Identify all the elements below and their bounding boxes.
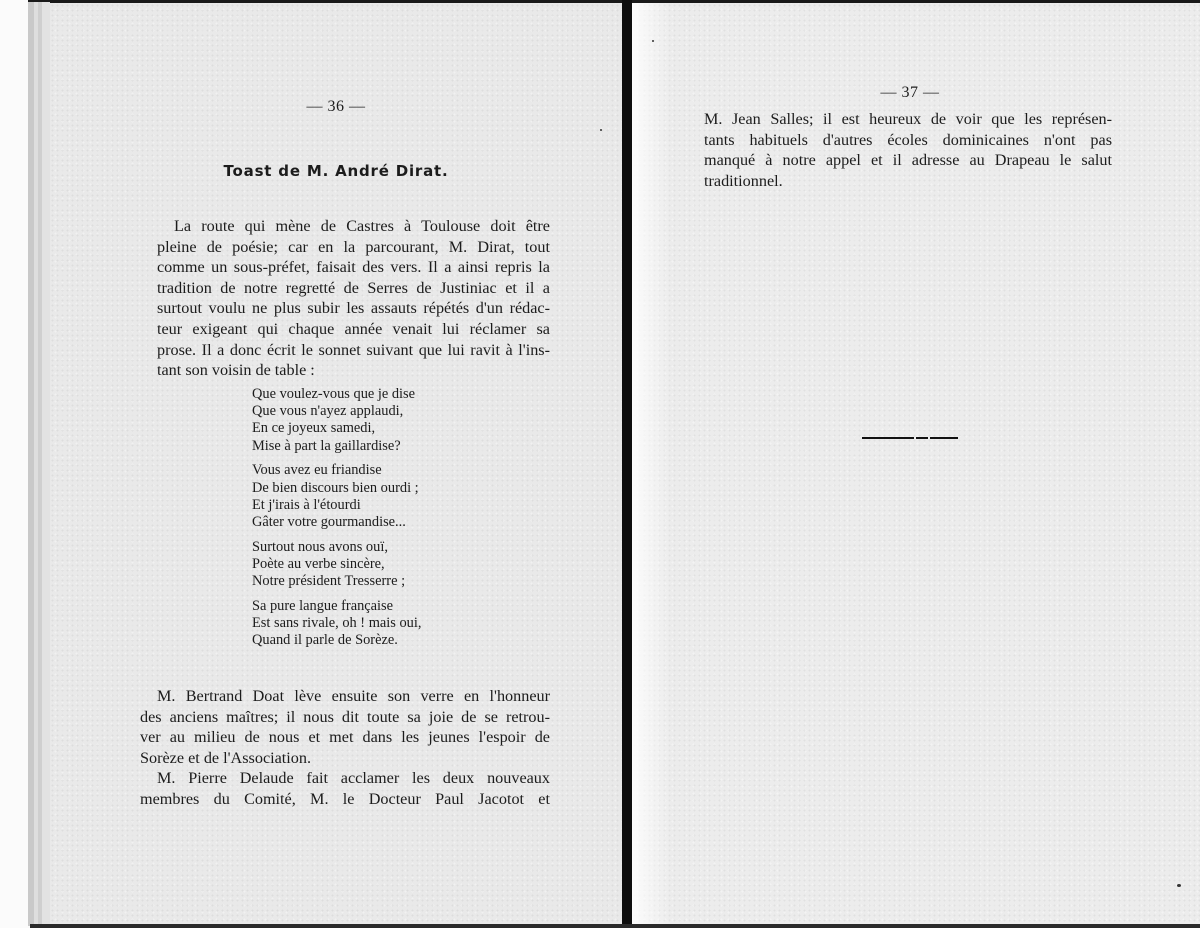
stanza: Sa pure langue française Est sans rivale… bbox=[252, 598, 421, 650]
book-gutter bbox=[622, 0, 632, 928]
scan-speck bbox=[1177, 884, 1181, 887]
section-end-rule bbox=[862, 437, 958, 439]
verse: Vous avez eu friandise bbox=[252, 462, 421, 479]
verse: Surtout nous avons ouï, bbox=[252, 539, 421, 556]
text-line: pleine de poésie; car en la parcourant, … bbox=[157, 237, 550, 258]
scan-margin bbox=[0, 0, 28, 928]
text-line: comme un sous-préfet, faisait des vers. … bbox=[157, 257, 550, 278]
verse: Que voulez-vous que je dise bbox=[252, 386, 421, 403]
text-line: La route qui mène de Castres à Toulouse … bbox=[157, 216, 550, 237]
verse: Que vous n'ayez applaudi, bbox=[252, 403, 421, 420]
text-line: prose. Il a donc écrit le sonnet suivant… bbox=[157, 340, 550, 361]
text-line: surtout voulu ne plus subir les assauts … bbox=[157, 298, 550, 319]
verse: Mise à part la gaillardise? bbox=[252, 438, 421, 455]
scan-speck bbox=[652, 40, 654, 42]
text-line: tants habituels d'autres écoles dominica… bbox=[704, 130, 1112, 151]
closing-paragraphs: M. Bertrand Doat lève ensuite son verre … bbox=[140, 686, 550, 810]
verse: Sa pure langue française bbox=[252, 598, 421, 615]
stanza: Surtout nous avons ouï, Poète au verbe s… bbox=[252, 539, 421, 591]
text-line: M. Bertrand Doat lève ensuite son verre … bbox=[140, 686, 550, 707]
verse: Poète au verbe sincère, bbox=[252, 556, 421, 573]
page-edge bbox=[42, 2, 50, 926]
verse: Est sans rivale, oh ! mais oui, bbox=[252, 615, 421, 632]
verse: Gâter votre gourmandise... bbox=[252, 514, 421, 531]
verse: Et j'irais à l'étourdi bbox=[252, 497, 421, 514]
verse: En ce joyeux samedi, bbox=[252, 420, 421, 437]
text-line: tradition de notre regretté de Serres de… bbox=[157, 278, 550, 299]
text-line: traditionnel. bbox=[704, 171, 1112, 192]
section-title: Toast de M. André Dirat. bbox=[50, 162, 622, 180]
intro-paragraph: La route qui mène de Castres à Toulouse … bbox=[157, 216, 550, 381]
text-line: manqué à notre appel et il adresse au Dr… bbox=[704, 150, 1112, 171]
text-line: Sorèze et de l'Association. bbox=[140, 748, 550, 769]
stanza: Vous avez eu friandise De bien discours … bbox=[252, 462, 421, 531]
stanza: Que voulez-vous que je dise Que vous n'a… bbox=[252, 386, 421, 455]
book-scan: — 36 — Toast de M. André Dirat. La route… bbox=[0, 0, 1200, 928]
text-line: tant son voisin de table : bbox=[157, 360, 550, 381]
text-line: M. Jean Salles; il est heureux de voir q… bbox=[704, 109, 1112, 130]
verse: De bien discours bien ourdi ; bbox=[252, 480, 421, 497]
sonnet: Que voulez-vous que je dise Que vous n'a… bbox=[252, 386, 421, 657]
text-line: ver au milieu de nous et met dans les je… bbox=[140, 727, 550, 748]
verse: Quand il parle de Sorèze. bbox=[252, 632, 421, 649]
text-line: des anciens maîtres; il nous dit toute s… bbox=[140, 707, 550, 728]
scan-speck bbox=[600, 129, 602, 131]
text-line: teur exigeant qui chaque année venait lu… bbox=[157, 319, 550, 340]
verse: Notre président Tresserre ; bbox=[252, 573, 421, 590]
right-paragraph: M. Jean Salles; il est heureux de voir q… bbox=[704, 109, 1112, 191]
text-line: membres du Comité, M. le Docteur Paul Ja… bbox=[140, 789, 550, 810]
scan-bottom-edge bbox=[30, 924, 1200, 928]
text-line: M. Pierre Delaude fait acclamer les deux… bbox=[140, 768, 550, 789]
page-number-left: — 36 — bbox=[50, 98, 622, 116]
page-number-right: — 37 — bbox=[860, 84, 960, 102]
